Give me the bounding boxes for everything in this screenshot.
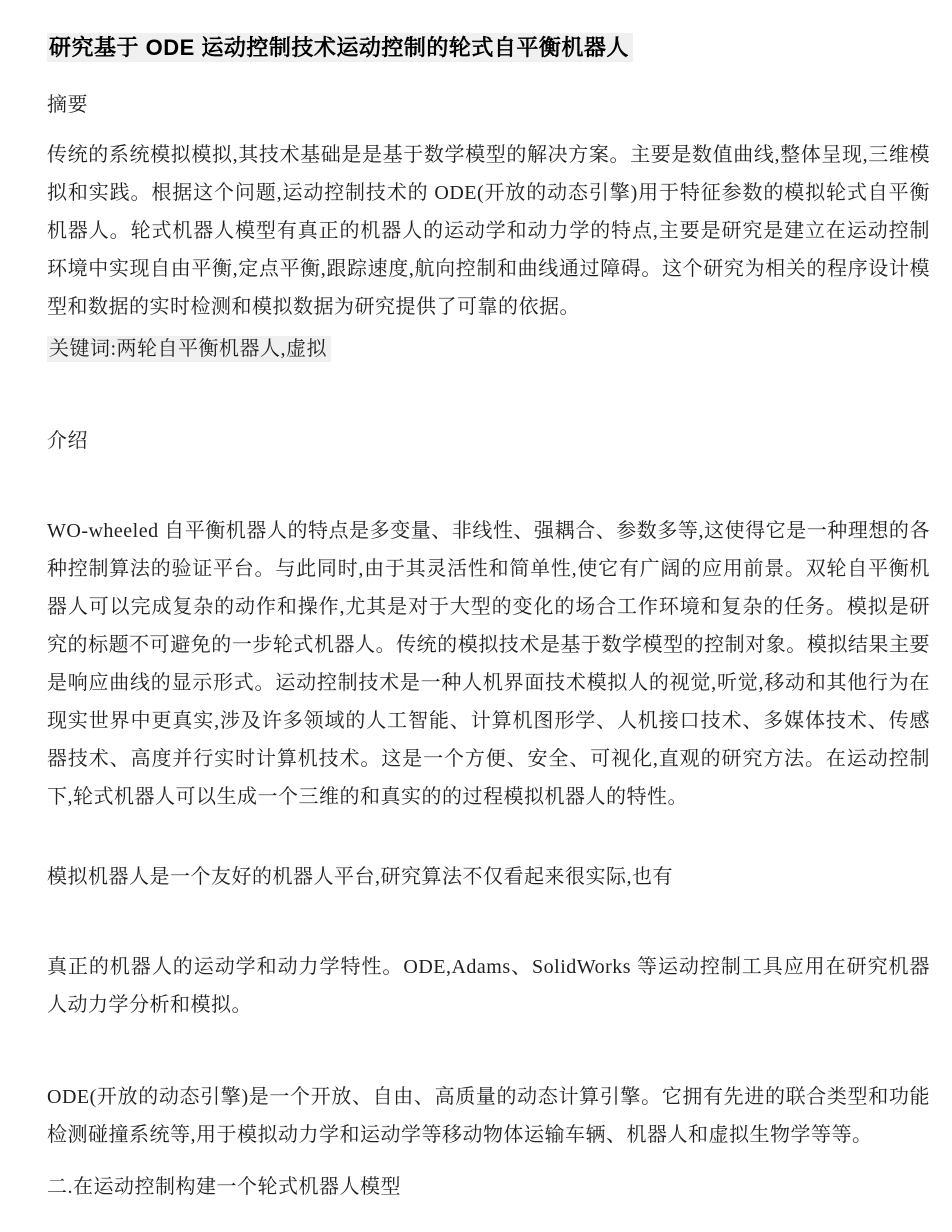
introduction-paragraph-4: ODE(开放的动态引擎)是一个开放、自由、高质量的动态计算引擎。它拥有先进的联合… — [47, 1078, 930, 1154]
abstract-heading: 摘要 — [47, 86, 930, 124]
section-2-heading: 二.在运动控制构建一个轮式机器人模型 — [47, 1168, 930, 1206]
introduction-paragraph-1: WO-wheeled 自平衡机器人的特点是多变量、非线性、强耦合、参数多等,这使… — [47, 512, 930, 816]
document-page: 研究基于 ODE 运动控制技术运动控制的轮式自平衡机器人 摘要 传统的系统模拟模… — [0, 0, 952, 1232]
introduction-heading: 介绍 — [47, 422, 930, 460]
keywords-highlight: 关键词:两轮自平衡机器人,虚拟 — [47, 336, 331, 362]
keywords-line: 关键词:两轮自平衡机器人,虚拟 — [47, 330, 930, 368]
introduction-paragraph-2: 模拟机器人是一个友好的机器人平台,研究算法不仅看起来很实际,也有 — [47, 858, 930, 896]
abstract-paragraph: 传统的系统模拟模拟,其技术基础是是基于数学模型的解决方案。主要是数值曲线,整体呈… — [47, 136, 930, 326]
document-title: 研究基于 ODE 运动控制技术运动控制的轮式自平衡机器人 — [47, 30, 930, 66]
title-highlight: 研究基于 ODE 运动控制技术运动控制的轮式自平衡机器人 — [47, 33, 633, 62]
introduction-paragraph-3: 真正的机器人的运动学和动力学特性。ODE,Adams、SolidWorks 等运… — [47, 948, 930, 1024]
